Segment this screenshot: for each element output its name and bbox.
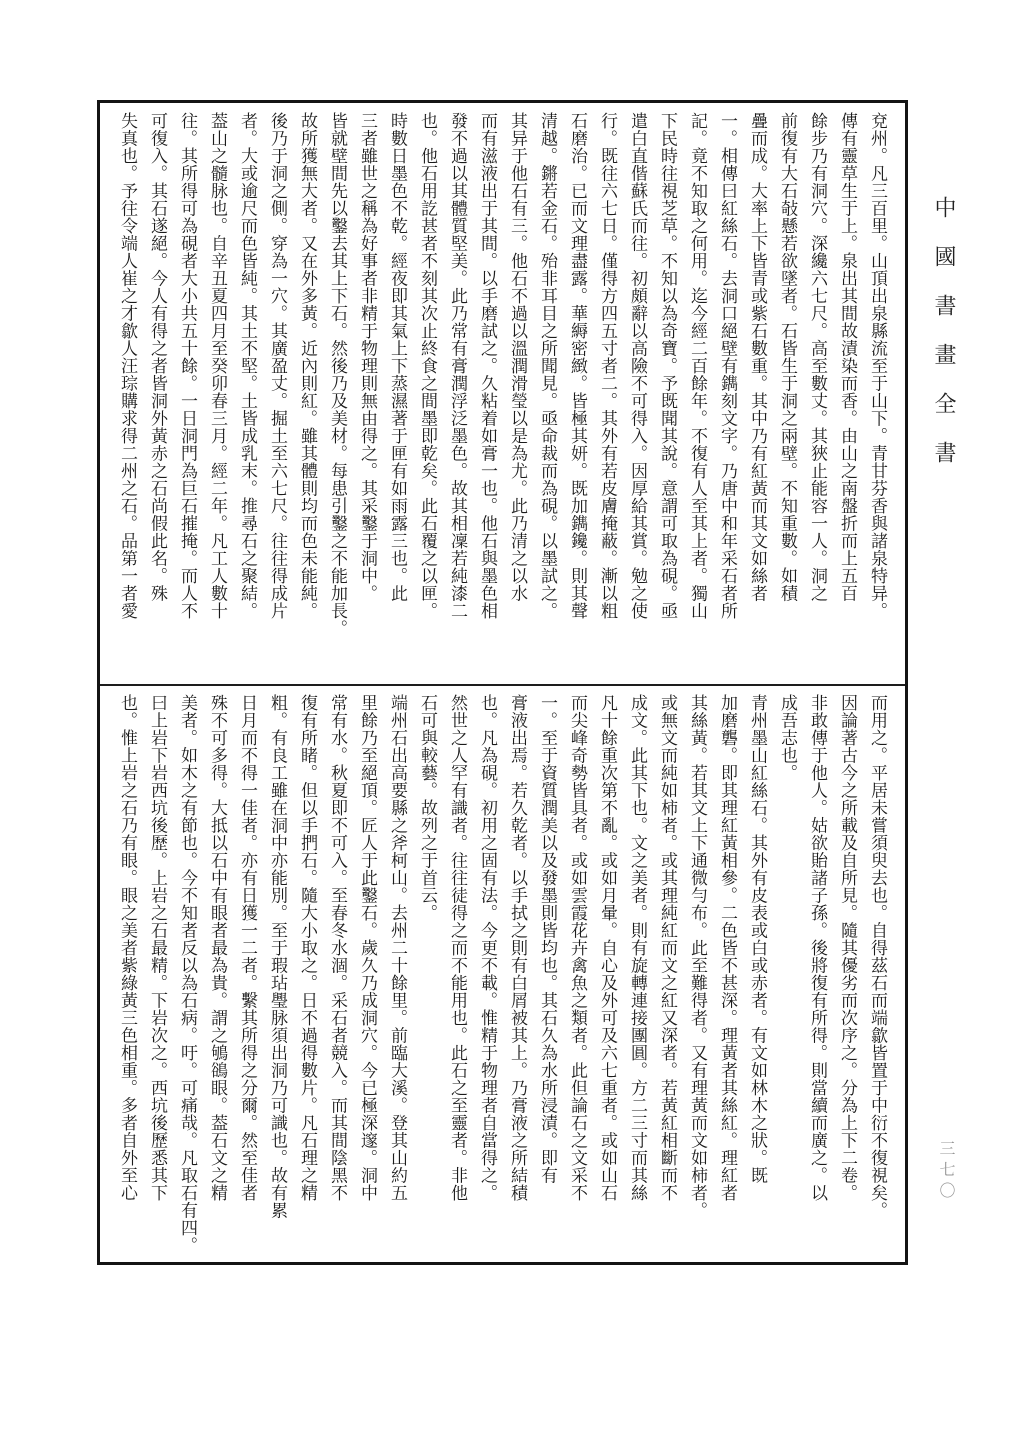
text-column: 遣白直偕蘇氏而往。初頗辭以高險不可得入。因厚給其賞。勉之使	[622, 112, 652, 684]
text-column: 前復有大石敧懸若欲墜者。石皆生于洞之兩壁。不知重數。如積	[772, 112, 802, 684]
text-column: 後乃于洞之側。穿為一穴。其廣盈丈。掘土至六七尺。往往得成片	[262, 112, 292, 684]
text-column: 或無文而純如柿者。或其理純紅而文之紅又深者。若黃紅相斷而不	[652, 694, 682, 1262]
text-column: 一。至于資質潤美以及發墨則皆均也。其石久為水所浸漬。即有	[532, 694, 562, 1262]
text-column: 記。竟不知取之何用。迄今經二百餘年。不復有人至其上者。獨山	[682, 112, 712, 684]
text-column: 殊不可多得。大抵以石中有眼者最為貴。謂之鴝鵒眼。葢石文之精	[202, 694, 232, 1262]
text-column: 粗。有良工雖在洞中亦能別。至于瑕玷璺脉須出洞乃可識也。故有累	[262, 694, 292, 1262]
text-column: 曰上岩下岩西坑後歷。上岩之石最精。下岩次之。西坑後歷悉其下	[142, 694, 172, 1262]
text-column: 非敢傳于他人。姑欲貽諸子孫。後將復有所得。則當續而廣之。以	[802, 694, 832, 1262]
text-column: 者。大或逾尺而色皆純。其土不堅。土皆成乳末。推尋石之聚結。	[232, 112, 262, 684]
text-column: 時數日墨色不乾。經夜即其氣上下蒸濕著于匣有如雨露三也。此	[382, 112, 412, 684]
text-column: 而尖峰奇勢皆具者。或如雲霞花卉禽魚之類者。此但論石之文采不	[562, 694, 592, 1262]
text-column: 成文。此其下也。文之美者。則有旋轉連接團圓。方二三寸而其絲	[622, 694, 652, 1262]
text-column: 清越。鏘若金石。殆非耳目之所聞見。亟命裁而為硯。以墨試之。	[532, 112, 562, 684]
text-column: 一。相傳曰紅絲石。去洞口絕壁有鐫刻文字。乃唐中和年采石者所	[712, 112, 742, 684]
text-column: 三者雖世之稱為好事者非精于物理則無由得之。其采鑿于洞中。	[352, 112, 382, 684]
text-column: 其异于他石有三。他石不過以溫潤滑瑩以是為尤。此乃清之以水	[502, 112, 532, 684]
text-column: 常有水。秋夏即不可入。至春冬水涸。采石者競入。而其間陰黑不	[322, 694, 352, 1262]
text-column: 餘步乃有洞穴。深纔六七尺。高至數丈。其狹止能容一人。洞之	[802, 112, 832, 684]
text-column: 膏液出焉。若久乾者。以手拭之則有白屑被其上。乃膏液之所結積	[502, 694, 532, 1262]
text-column: 美者。如木之有節也。今不知者反以為石病。吁。可痛哉。凡取石有四。	[172, 694, 202, 1262]
text-column: 石可與較藝。故列之于首云。	[412, 694, 442, 1262]
text-column: 失真也。予往令端人崔之才歙人汪琮購求得二州之石。品第一者愛	[112, 112, 142, 684]
text-column: 故所獲無大者。又在外多黃。近內則紅。雖其體則均而色未能純。	[292, 112, 322, 684]
text-column: 行。既往六七日。僅得方四五寸者二。其外有若皮膚掩蔽。漸以粗	[592, 112, 622, 684]
text-column: 兗州。凡三百里。山頂出泉縣流至于山下。青甘芬香與諸泉特异。	[862, 112, 892, 684]
text-column: 加磨礱。即其理紅黃相參。二色皆不甚深。理黃者其絲紅。理紅者	[712, 694, 742, 1262]
text-column: 青州墨山紅絲石。其外有皮表或白或赤者。有文如林木之狀。既	[742, 694, 772, 1262]
series-title-vertical: 中國書畫全書	[929, 196, 960, 490]
text-column: 而用之。平居未嘗須臾去也。自得茲石而端歙皆置于中衍不復視矣。	[862, 694, 892, 1262]
text-column: 里餘乃至絕頂。匠人于此鑿石。歲久乃成洞穴。今已極深邃。洞中	[352, 694, 382, 1262]
text-column: 可復入。其石遂絕。今人有得之者皆洞外黃赤之石尚假此名。殊	[142, 112, 172, 684]
text-column: 其絲黃。若其文上下通微勻布。此至難得者。又有理黃而文如柿者。	[682, 694, 712, 1262]
text-column: 皆就壁間先以鑿去其上下石。然後乃及美材。每患引鑿之不能加長。	[322, 112, 352, 684]
text-column: 下民時往視芝草。不知以為奇寶。予既聞其說。意謂可取為硯。亟	[652, 112, 682, 684]
text-column: 疊而成。大率上下皆青或紫石數重。其中乃有紅黃而其文如絲者	[742, 112, 772, 684]
text-column: 也。他石用訖甚者不刻其次止終食之間墨即乾矣。此石覆之以匣。	[412, 112, 442, 684]
text-column: 往。其所得可為硯者大小共五十餘。一日洞門為巨石摧掩。而人不	[172, 112, 202, 684]
bottom-text-block: 而用之。平居未嘗須臾去也。自得茲石而端歙皆置于中衍不復視矣。因論著古今之所載及自…	[100, 686, 905, 1262]
text-column: 發不過以其體質堅美。此乃常有膏潤浮泛墨色。故其相凜若純漆二	[442, 112, 472, 684]
text-column: 也。凡為硯。初用之固有法。今更不載。惟精于物理者自當得之。	[472, 694, 502, 1262]
text-column: 石磨治。已而文理盡露。華縟密緻。皆極其妍。既加鐫鑱。則其聲	[562, 112, 592, 684]
text-column: 日月而不得一佳者。亦有日獲一二者。繫其所得之分爾。然至佳者	[232, 694, 262, 1262]
text-column: 也。惟上岩之石乃有眼。眼之美者紫綠黃三色相重。多者自外至心	[112, 694, 142, 1262]
text-frame: 兗州。凡三百里。山頂出泉縣流至于山下。青甘芬香與諸泉特异。傳有靈草生于上。泉出其…	[97, 100, 908, 1265]
top-text-block: 兗州。凡三百里。山頂出泉縣流至于山下。青甘芬香與諸泉特异。傳有靈草生于上。泉出其…	[100, 103, 905, 684]
text-column: 而有滋液出于其間。以手磨試之。久粘着如膏一也。他石與墨色相	[472, 112, 502, 684]
text-column: 然世之人罕有識者。往往徒得之而不能用也。此石之至靈者。非他	[442, 694, 472, 1262]
text-column: 復有所睹。但以手捫石。隨大小取之。日不過得數片。凡石理之精	[292, 694, 322, 1262]
text-column: 成吾志也。	[772, 694, 802, 1262]
scanned-book-page: 兗州。凡三百里。山頂出泉縣流至于山下。青甘芬香與諸泉特异。傳有靈草生于上。泉出其…	[0, 0, 1014, 1439]
text-column: 葢山之髓脉也。自辛丑夏四月至癸卯春三月。經二年。凡工人數十	[202, 112, 232, 684]
text-column: 傳有靈草生于上。泉出其間故漬染而香。由山之南盤折而上五百	[832, 112, 862, 684]
text-column: 凡十餘重次第不亂。或如月暈。自心及外可及六七重者。或如山石	[592, 694, 622, 1262]
text-column: 端州石出高要縣之斧柯山。去州二十餘里。前臨大溪。登其山約五	[382, 694, 412, 1262]
text-column: 因論著古今之所載及自所見。隨其優劣而次序之。分為上下二卷。	[832, 694, 862, 1262]
page-number: 三七〇	[934, 1140, 957, 1203]
